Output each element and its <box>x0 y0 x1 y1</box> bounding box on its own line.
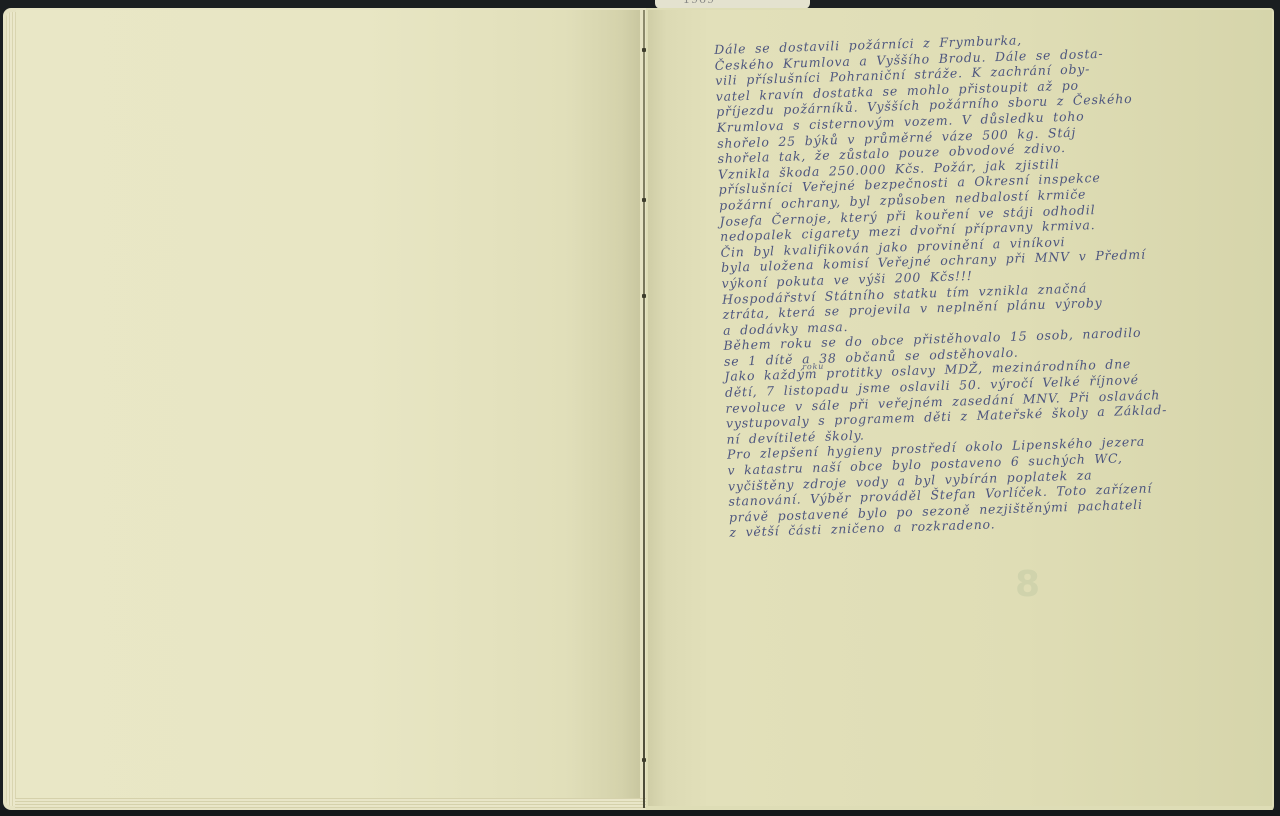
page-number-label: 1969 <box>683 0 715 6</box>
binding-stitch <box>642 198 646 202</box>
binding-stitch <box>642 758 646 762</box>
binding-stitch <box>642 294 646 298</box>
handwritten-text-block: Dále se dostavili požárníci z Frymburka,… <box>714 25 1259 540</box>
interlinear-insertion: roku <box>802 359 824 375</box>
book-spread: 1969 8 Dále se dostavili požárníci z Fry… <box>0 0 1280 816</box>
faint-folio-mark: 8 <box>1015 564 1046 605</box>
table-surface <box>0 810 1280 816</box>
book-gutter <box>643 10 645 808</box>
left-page-blank <box>16 10 640 798</box>
binding-stitch <box>642 48 646 52</box>
